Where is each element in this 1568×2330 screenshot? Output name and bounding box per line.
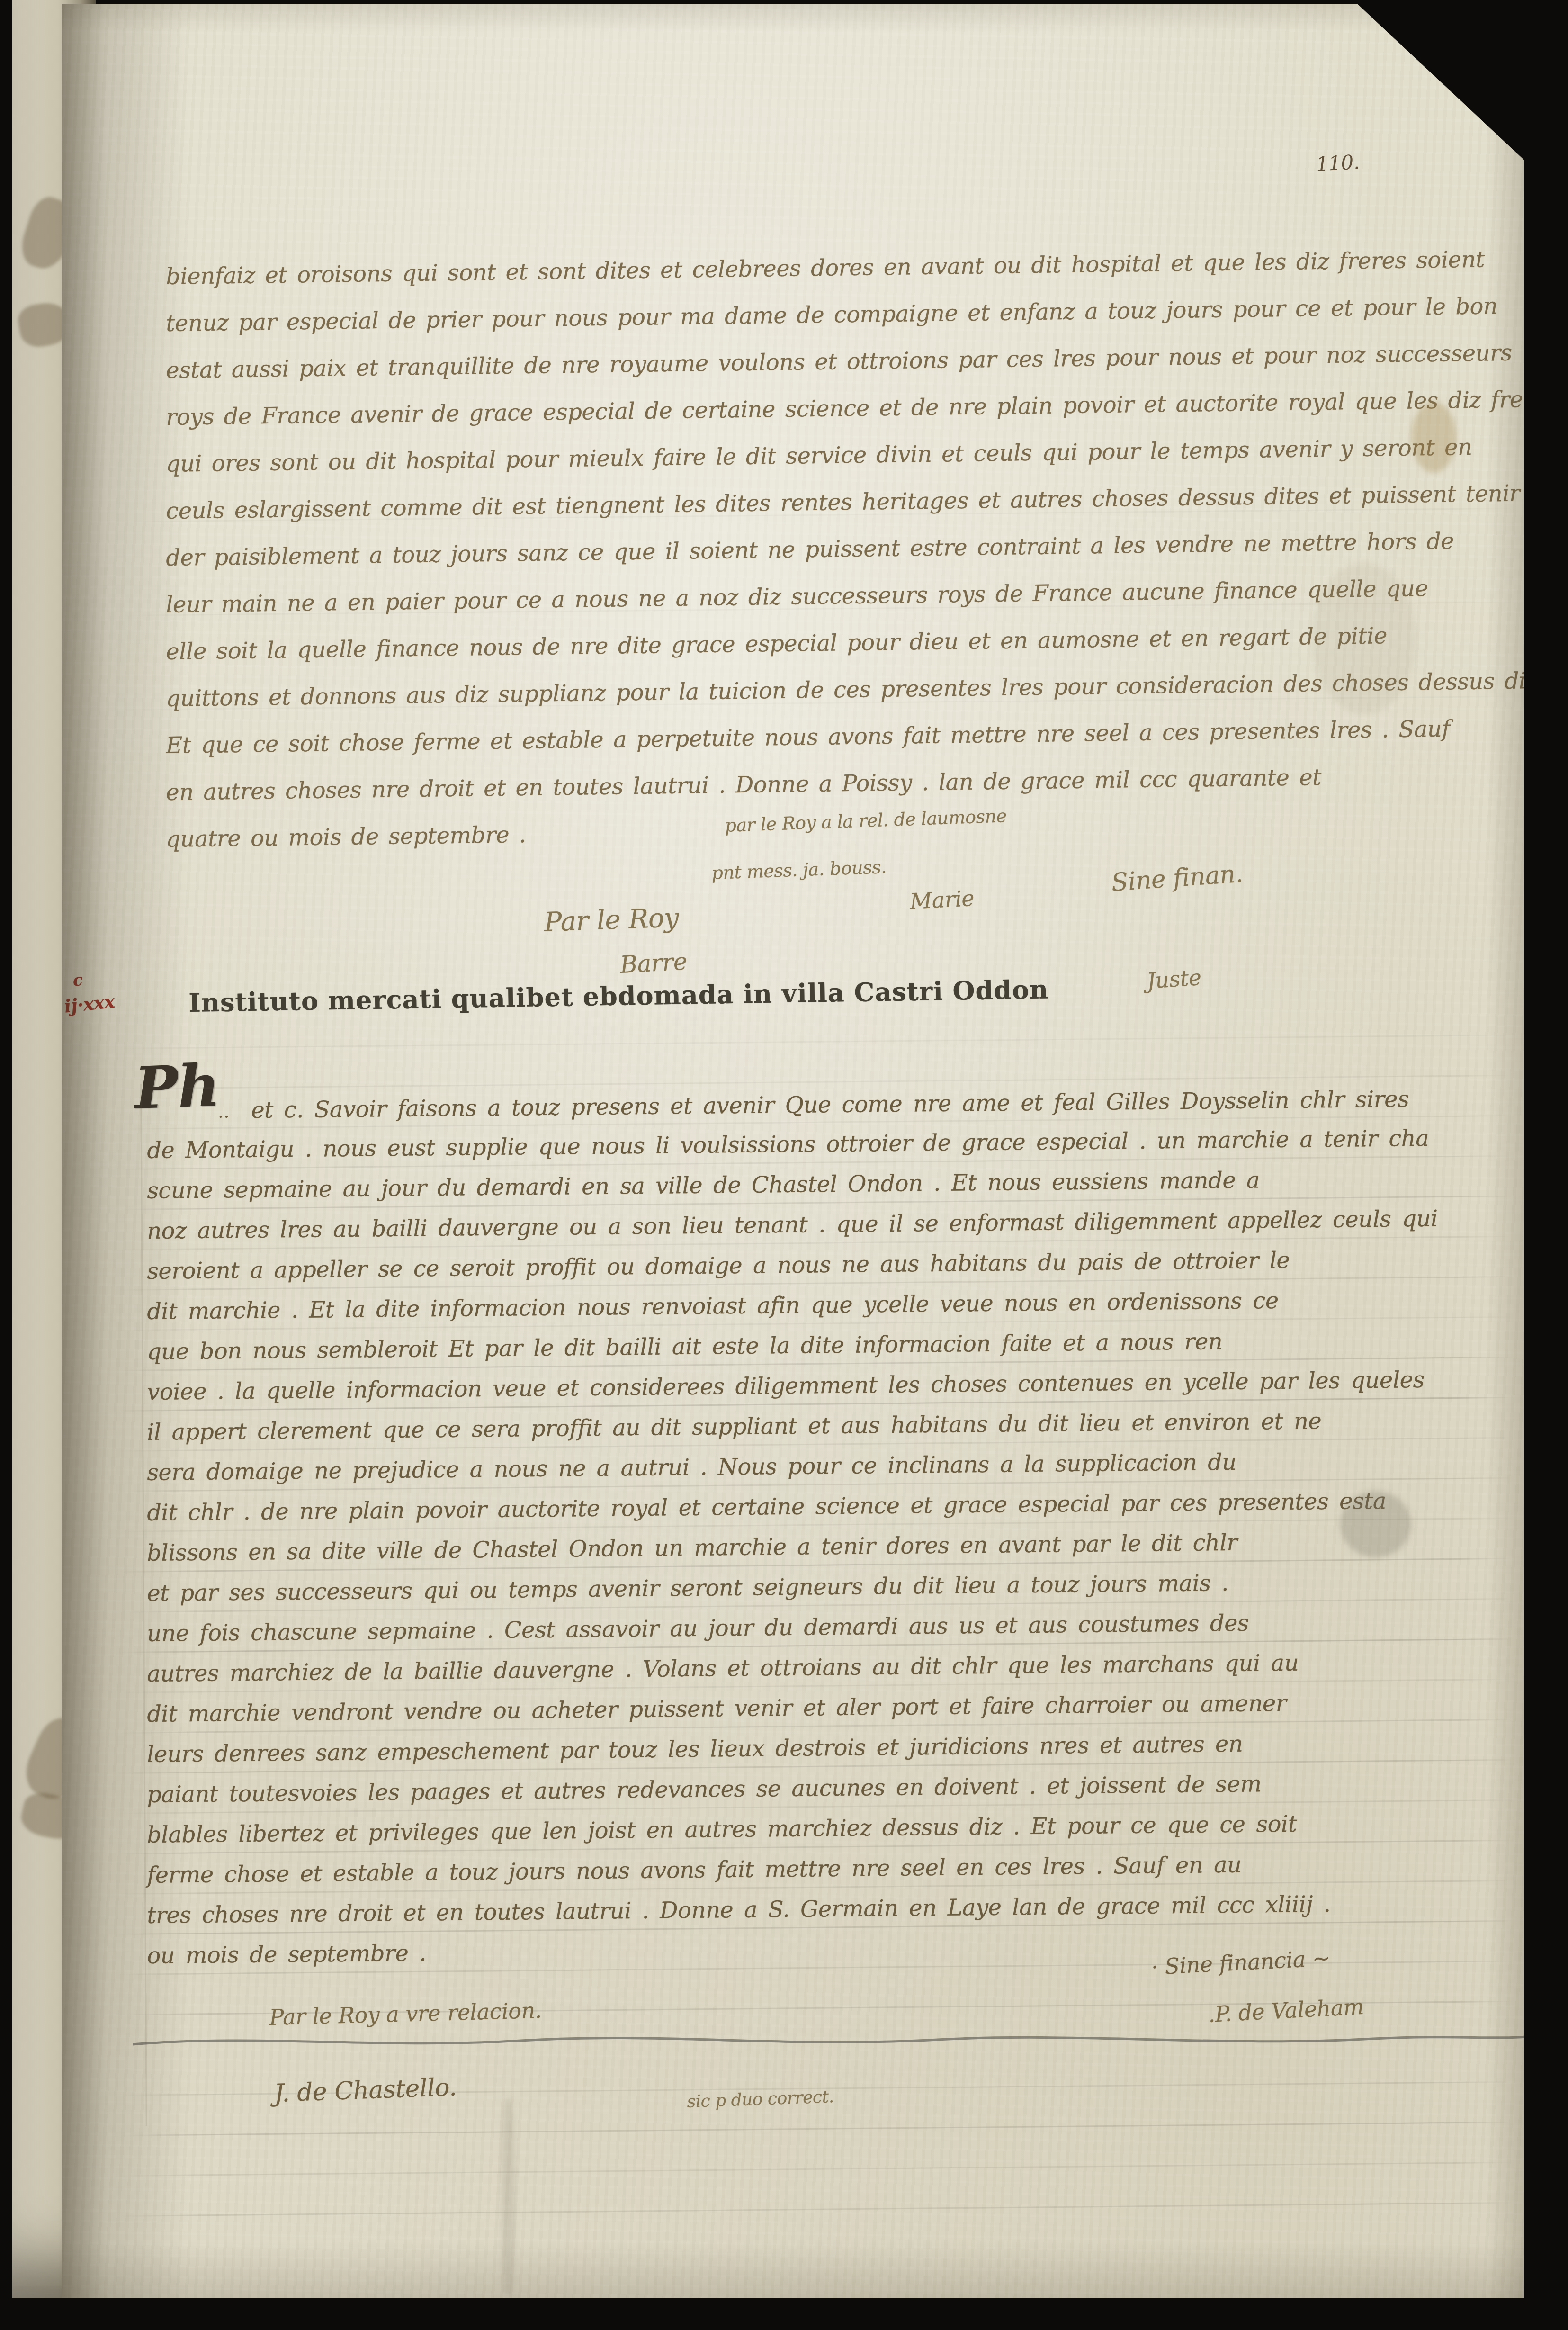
ruled-line [118,2202,1513,2217]
main-act-line: dit marchie vendront vendre ou acheter p… [147,1691,1402,1726]
sine-financia-note: Sine finan. [1111,862,1244,895]
manuscript-page: 110. bienfaiz et oroisons qui sont et so… [62,4,1524,2298]
main-act-line: dit chlr . de nre plain povoir auctorite… [147,1490,1402,1524]
margin-paraph-red: c [72,972,83,989]
signature-barre: Barre [619,950,688,977]
folio-number: 110. [1316,152,1360,174]
main-act-line: que bon nous sembleroit Et par le dit ba… [147,1329,1402,1363]
collation-note: sic p duo correct. [687,2088,834,2111]
par-le-roy-relacion-note: Par le Roy a vre relacion. [269,1999,542,2028]
upper-act-line: elle soit la quelle finance nous de nre … [166,624,1378,663]
main-act-line: ferme chose et estable a touz jours nous… [147,1852,1402,1887]
main-act-line: de Montaigu . nous eust supplie que nous… [147,1127,1402,1162]
ruled-line [118,2162,1513,2177]
ruled-line-wavy [133,2025,1525,2059]
main-act-line: sera domaige ne prejudice a nous ne a au… [147,1449,1402,1484]
main-act-line: blissons en sa dite ville de Chastel Ond… [147,1530,1402,1565]
signature-juste: Juste [1146,966,1202,992]
decorated-initial-ph: Ph [134,1056,221,1117]
upper-act-line: qui ores sont ou dit hospital pour mieul… [166,437,1378,476]
main-act-line: paiant toutesvoies les paages et autres … [147,1772,1402,1806]
signature-chastello: J. de Chastello. [274,2075,457,2106]
main-act-line: et c. Savoir faisons a touz presens et a… [251,1088,1402,1122]
chancery-note-present: pnt mess. ja. bouss. [711,858,887,882]
parchment-crease [502,2097,514,2296]
main-act-line: blables libertez et privileges que len j… [147,1812,1402,1846]
initial-flourish-dots: ·· [218,1107,229,1126]
ruled-line [118,2122,1513,2136]
main-act-line: il appert clerement que ce sera proffit … [147,1409,1402,1444]
main-act-line: noz autres lres au bailli dauvergne ou a… [147,1208,1402,1242]
main-act-line: leurs denrees sanz empeschement par touz… [147,1731,1402,1766]
upper-act-line: en autres choses nre droit et en toutes … [166,765,1378,804]
margin-rule-vertical [140,1084,147,2126]
manuscript-photograph: { "document": { "folio_number": "110.", … [0,0,1568,2330]
upper-act-line: estat aussi paix et tranquillite de nre … [166,343,1378,382]
upper-act-line: ceuls eslargissent comme dit est tiengne… [166,484,1378,522]
main-act-line: autres marchiez de la baillie dauvergne … [147,1651,1402,1685]
signature-valeham: .P. de Valeham [1208,1996,1364,2025]
upper-act-line: bienfaiz et oroisons qui sont et sont di… [166,249,1378,288]
upper-act-line: leur main ne a en paier pour ce a nous n… [166,577,1378,616]
main-act-line: voiee . la quelle informacion veue et co… [147,1369,1402,1403]
upper-act-line: tenuz par especial de prier pour nous po… [166,296,1378,335]
main-act-line: une fois chascune sepmaine . Cest assavo… [147,1610,1402,1645]
upper-act-line: quittons et donnons aus diz supplianz po… [166,671,1378,710]
ruled-line [118,1035,1513,1049]
margin-item-number-red: ij·xxx [63,992,116,1016]
upper-act-line: der paisiblement a touz jours sanz ce qu… [166,531,1378,569]
main-act-line: scune sepmaine au jour du demardi en sa … [147,1168,1402,1202]
upper-act-line: roys de France avenir de grace especial … [166,390,1378,429]
main-act-line: seroient a appeller se ce seroit proffit… [147,1248,1402,1283]
main-act-line: et par ses successeurs qui ou temps aven… [147,1570,1402,1605]
par-le-roy-note: Par le Roy [544,905,679,936]
main-act-line: dit marchie . Et la dite informacion nou… [147,1288,1402,1323]
rubric-heading-latin: Instituto mercati qualibet ebdomada in v… [188,976,1049,1016]
signature-marie: Marie [909,887,975,912]
upper-act-line: Et que ce soit chose ferme et estable a … [166,718,1378,757]
main-act-line: tres choses nre droit et en toutes lautr… [147,1892,1402,1927]
